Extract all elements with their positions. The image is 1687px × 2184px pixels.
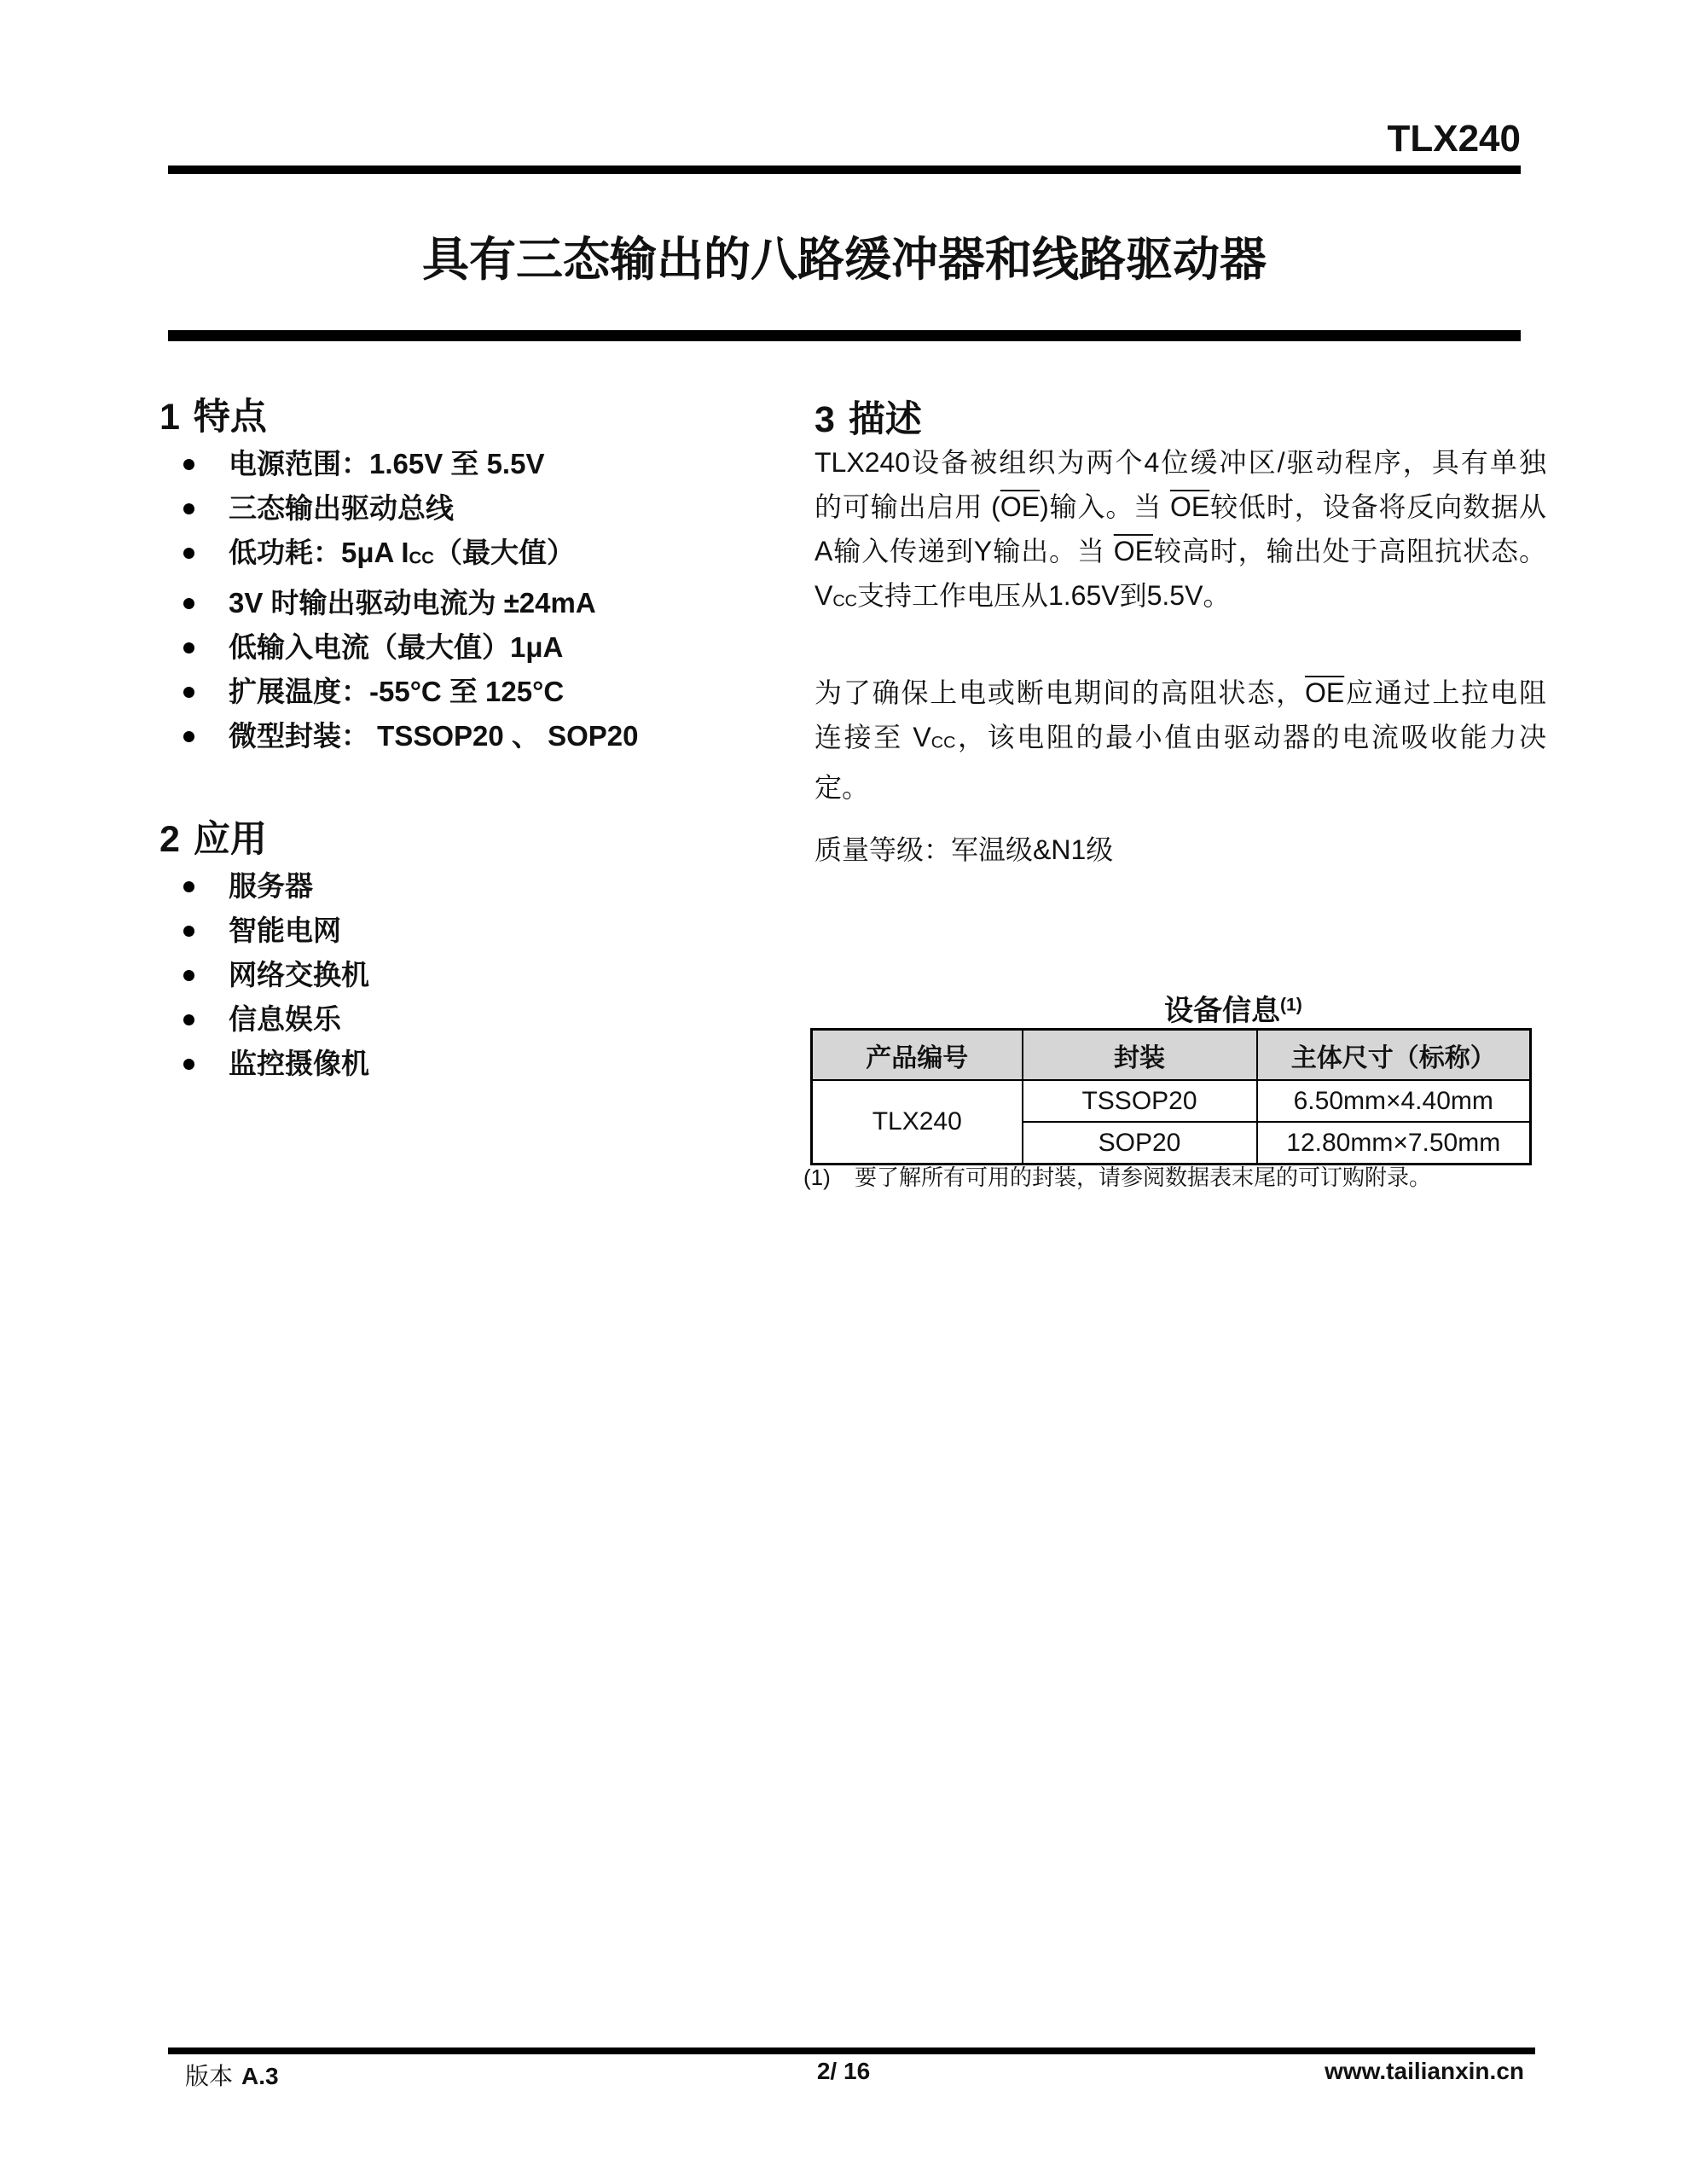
text-segment: 信息娱乐 [229,1003,341,1035]
footnote-marker: (1) [803,1163,855,1192]
sub-segment: CC [409,549,435,568]
title-rule [168,330,1521,341]
paragraph-line: VCC支持工作电压从1.65V到5.5V。 [815,573,1546,624]
application-item: 智能电网 [159,909,791,953]
feature-item: 扩展温度：-55°C 至 125°C [159,670,791,714]
text-segment: 微型封装： TSSOP20 、 SOP20 [229,720,638,752]
cell-package: TSSOP20 [1023,1080,1257,1122]
text-segment: V [815,580,832,611]
description-paragraph-2: 为了确保上电或断电期间的高阻状态，OE应通过上拉电阻连接至 VCC，该电阻的最小… [815,671,1546,810]
footer-rule [168,2047,1535,2054]
application-item: 监控摄像机 [159,1042,791,1086]
text-segment: A输入传递到Y输出。当 [815,536,1114,566]
device-info-table: 产品编号 封装 主体尺寸（标称） TLX240 TSSOP20 6.50mm×4… [810,1028,1532,1165]
cell-body-size: 6.50mm×4.40mm [1257,1080,1531,1122]
text-segment: 服务器 [229,870,313,902]
text-segment: 3V 时输出驱动电流为 ±24mA [229,587,596,619]
features-heading-label: 特点 [194,397,267,438]
paragraph-line: A输入传递到Y输出。当 OE较高时，输出处于高阻抗状态。 [815,529,1546,573]
feature-item: 低输入电流（最大值）1μA [159,625,791,670]
text-segment: 三态输出驱动总线 [229,492,454,524]
applications-list: 服务器智能电网网络交换机信息娱乐监控摄像机 [159,864,791,1086]
text-segment: 连接至 V [815,722,931,752]
device-info-title-text: 设备信息 [1164,995,1280,1027]
text-segment: 低功耗：5μA I [229,537,409,568]
applications-heading: 2应用 [159,810,267,863]
column-header-package: 封装 [1023,1030,1257,1081]
paragraph-line: 定。 [815,765,1546,810]
description-heading: 3描述 [815,391,922,443]
description-paragraph-1: TLX240设备被组织为两个4位缓冲区/驱动程序，具有单独的可输出启用 (OE)… [815,440,1546,624]
table-header-row: 产品编号 封装 主体尺寸（标称） [812,1030,1531,1081]
text-segment: 智能电网 [229,915,341,946]
paragraph-line: TLX240设备被组织为两个4位缓冲区/驱动程序，具有单独 [815,440,1546,485]
cell-body-size: 12.80mm×7.50mm [1257,1122,1531,1165]
footer-website: www.tailianxin.cn [1325,2058,1524,2085]
ol-segment: OE [1114,536,1153,566]
text-segment: 扩展温度：-55°C 至 125°C [229,676,564,707]
device-info-title-footnote-ref: (1) [1280,995,1302,1014]
applications-heading-number: 2 [159,819,180,860]
header-rule [168,166,1521,174]
description-heading-label: 描述 [849,399,922,440]
cell-part-number: TLX240 [812,1080,1023,1165]
text-segment: 应通过上拉电阻 [1344,677,1546,708]
text-segment: 的可输出启用 ( [815,491,1000,522]
application-item: 服务器 [159,864,791,909]
text-segment: 较高时，输出处于高阻抗状态。 [1153,536,1546,566]
features-list: 电源范围：1.65V 至 5.5V三态输出驱动总线低功耗：5μA ICC（最大值… [159,442,791,758]
ol-segment: OE [1170,491,1209,522]
feature-item: 3V 时输出驱动电流为 ±24mA [159,581,791,625]
text-segment: 低输入电流（最大值）1μA [229,631,563,663]
ol-segment: OE [1000,491,1040,522]
text-segment: 为了确保上电或断电期间的高阻状态， [815,677,1305,708]
text-segment: 电源范围：1.65V 至 5.5V [229,448,544,479]
quality-grade-line: 质量等级：军温级&N1级 [815,828,1113,872]
page-title: 具有三态输出的八路缓冲器和线路驱动器 [168,222,1521,289]
table-footnote: (1) 要了解所有可用的封装，请参阅数据表末尾的可订购附录。 [803,1163,1571,1192]
description-heading-number: 3 [815,399,835,440]
feature-item: 低功耗：5μA ICC（最大值） [159,531,791,581]
column-header-body-size: 主体尺寸（标称） [1257,1030,1531,1081]
feature-item: 微型封装： TSSOP20 、 SOP20 [159,714,791,758]
datasheet-page: TLX240 具有三态输出的八路缓冲器和线路驱动器 1特点 电源范围：1.65V… [0,0,1687,2184]
text-segment: 定。 [815,772,869,803]
text-segment: TLX240设备被组织为两个4位缓冲区/驱动程序，具有单独 [815,447,1546,478]
footnote-text: 要了解所有可用的封装，请参阅数据表末尾的可订购附录。 [855,1163,1431,1192]
text-segment: （最大值） [434,537,575,568]
paragraph-line: 连接至 VCC，该电阻的最小值由驱动器的电流吸收能力决 [815,715,1546,765]
sub-segment: CC [931,734,956,752]
table-row: TLX240 TSSOP20 6.50mm×4.40mm [812,1080,1531,1122]
features-heading-number: 1 [159,397,180,438]
application-item: 信息娱乐 [159,997,791,1042]
text-segment: 支持工作电压从1.65V到5.5V。 [857,580,1230,611]
cell-package: SOP20 [1023,1122,1257,1165]
column-header-part-number: 产品编号 [812,1030,1023,1081]
paragraph-line: 的可输出启用 (OE)输入。当 OE较低时，设备将反向数据从 [815,485,1546,529]
text-segment: )输入。当 [1040,491,1170,522]
features-heading: 1特点 [159,388,267,440]
feature-item: 电源范围：1.65V 至 5.5V [159,442,791,486]
part-number-header: TLX240 [1387,118,1521,160]
text-segment: ，该电阻的最小值由驱动器的电流吸收能力决 [955,722,1546,752]
device-info-title: 设备信息(1) [1164,987,1302,1029]
feature-item: 三态输出驱动总线 [159,486,791,531]
paragraph-line: 为了确保上电或断电期间的高阻状态，OE应通过上拉电阻 [815,671,1546,715]
sub-segment: CC [832,592,857,611]
applications-heading-label: 应用 [194,819,267,860]
text-segment: 网络交换机 [229,959,369,990]
text-segment: 较低时，设备将反向数据从 [1209,491,1546,522]
ol-segment: OE [1305,677,1344,708]
text-segment: 监控摄像机 [229,1048,369,1079]
application-item: 网络交换机 [159,953,791,997]
